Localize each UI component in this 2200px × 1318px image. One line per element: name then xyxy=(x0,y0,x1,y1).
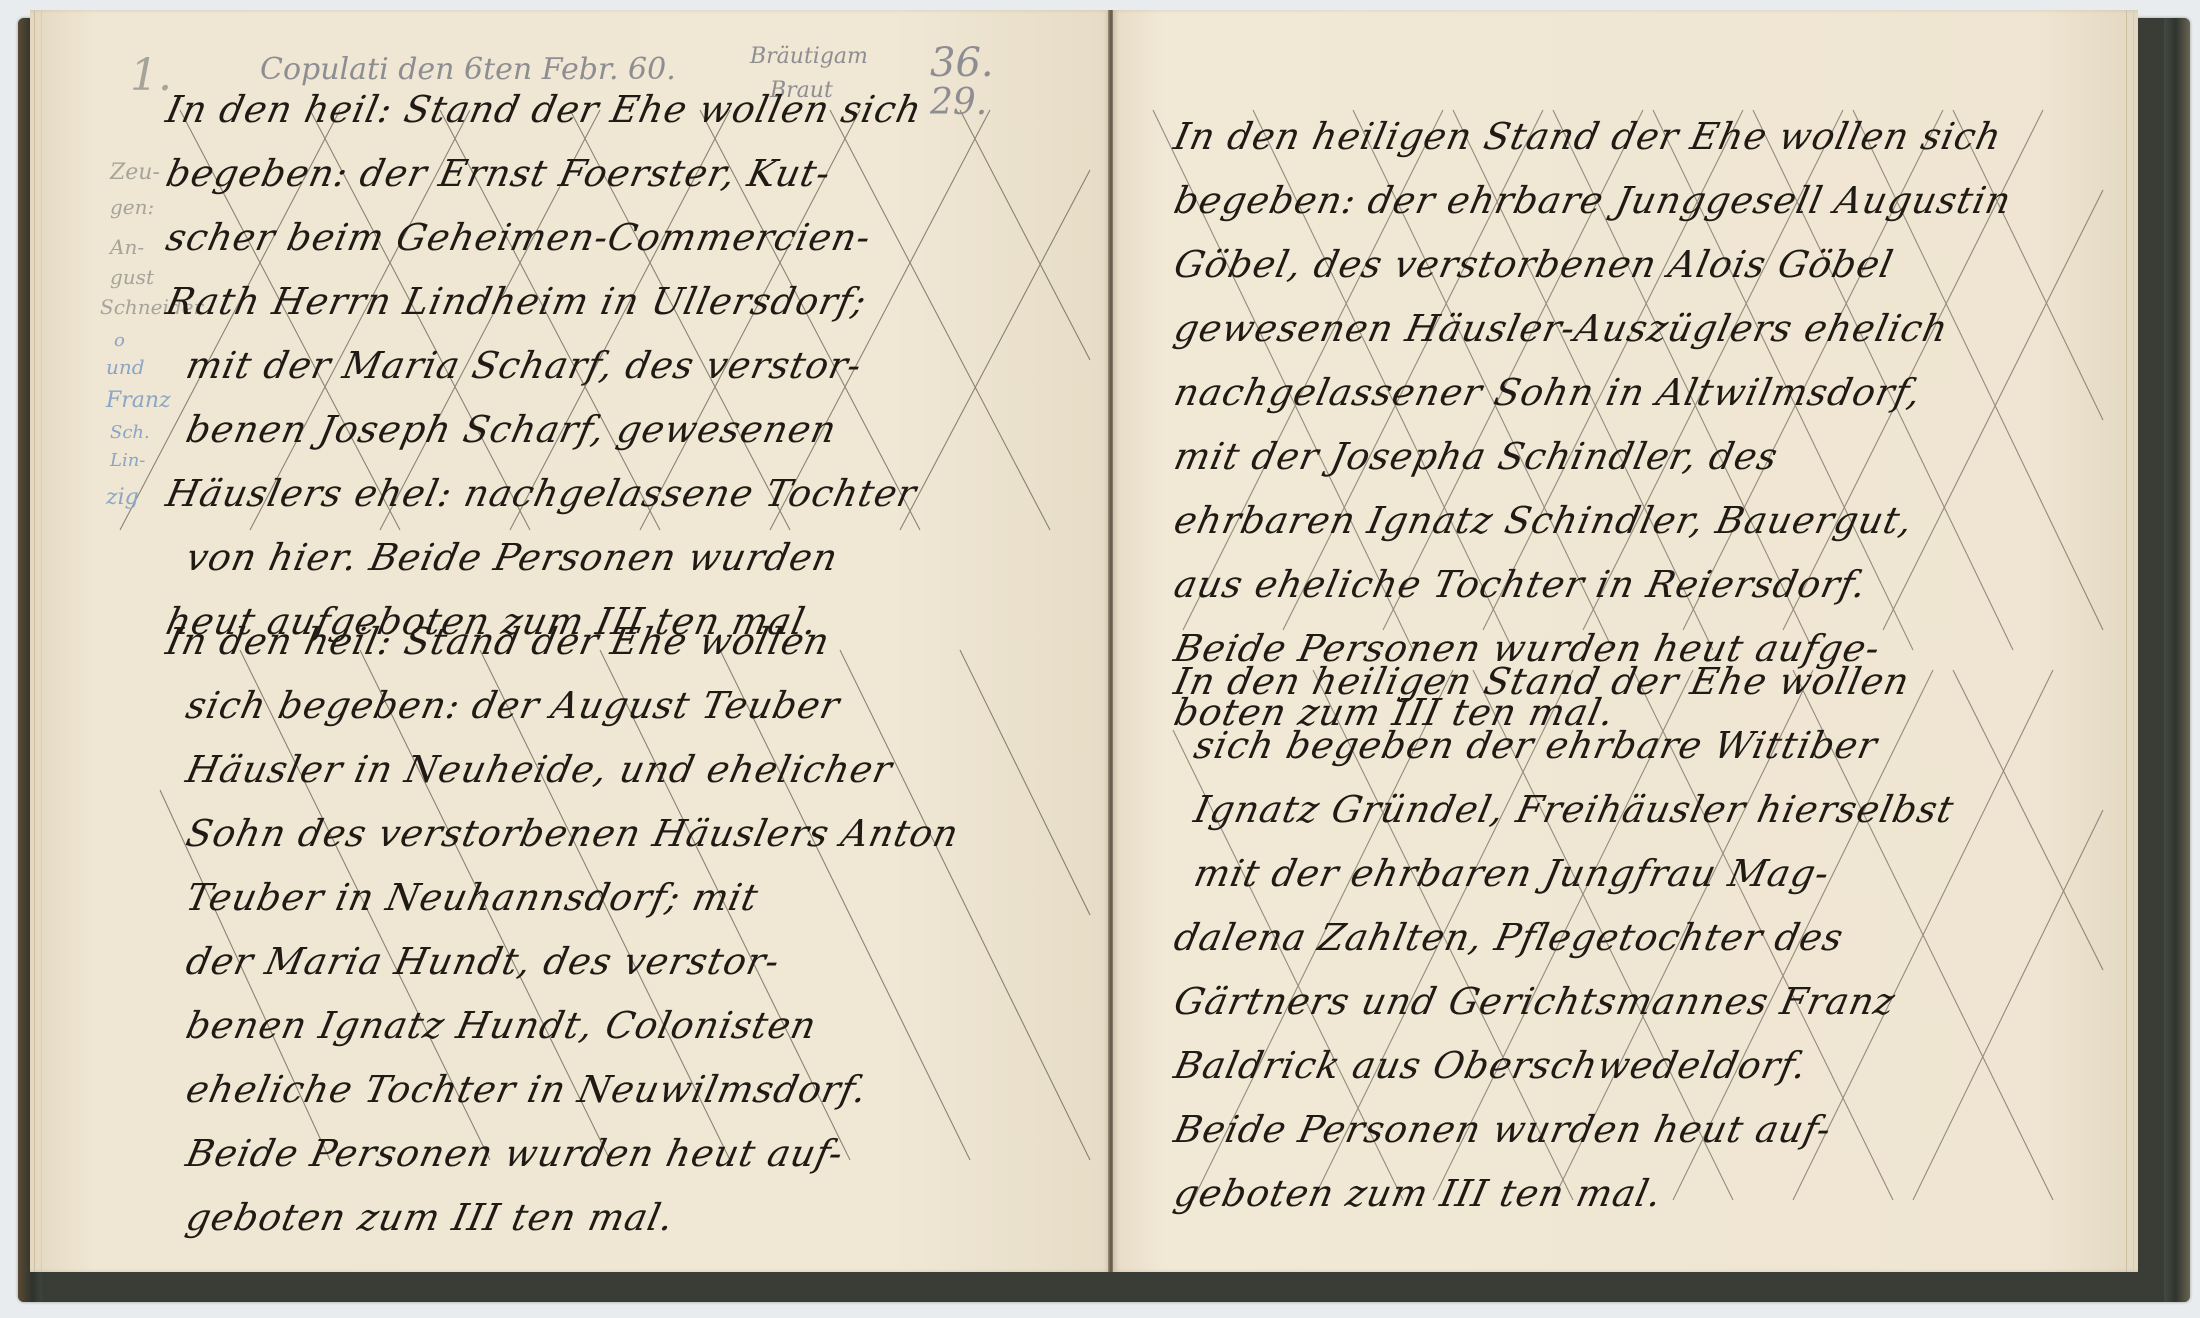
margin-note: gen: xyxy=(110,195,154,219)
margin-note: Lin- xyxy=(110,450,145,471)
entry-line: sich begeben: der August Teuber xyxy=(160,674,965,738)
entry-line: Sohn des verstorbenen Häuslers Anton xyxy=(160,802,965,866)
entry-line: In den heil: Stand der Ehe wollen sich xyxy=(160,78,928,142)
entry-line: Häuslers ehel: nachgelassene Tochter xyxy=(160,462,928,526)
entry-line: ehrbaren Ignatz Schindler, Bauergut, xyxy=(1168,489,2018,553)
entry-line: nachgelassener Sohn in Altwilmsdorf, xyxy=(1168,361,2018,425)
entry-line: begeben: der Ernst Foerster, Kut- xyxy=(160,142,928,206)
entry-line: Teuber in Neuhannsdorf; mit xyxy=(160,866,965,930)
entry-line: Göbel, des verstorbenen Alois Göbel xyxy=(1168,233,2018,297)
entry-line: geboten zum III ten mal. xyxy=(160,1186,965,1250)
entry-line: Beide Personen wurden heut auf- xyxy=(160,1122,965,1186)
groom-age: 36. xyxy=(930,40,994,86)
entry-line: benen Ignatz Hundt, Colonisten xyxy=(160,994,965,1058)
entry-line: scher beim Geheimen-Commercien- xyxy=(160,206,928,270)
left-page: 1. Copulati den 6ten Febr. 60. Bräutigam… xyxy=(30,10,1110,1272)
entry-line: geboten zum III ten mal. xyxy=(1168,1162,1960,1226)
entry-line: eheliche Tochter in Neuwilmsdorf. xyxy=(160,1058,965,1122)
entry-line: Beide Personen wurden heut auf- xyxy=(1168,1098,1960,1162)
entry-line: Rath Herrn Lindheim in Ullersdorf; xyxy=(160,270,928,334)
entry-line: benen Joseph Scharf, gewesenen xyxy=(160,398,928,462)
margin-note: Sch. xyxy=(110,422,150,443)
entry-line: dalena Zahlten, Pflegetochter des xyxy=(1168,906,1960,970)
entry-line: aus eheliche Tochter in Reiersdorf. xyxy=(1168,553,2018,617)
right-page: In den heiligen Stand der Ehe wollen sic… xyxy=(1113,10,2138,1272)
margin-note: Zeu- xyxy=(110,160,160,185)
margin-note: An- xyxy=(110,235,144,259)
entry-line: mit der ehrbaren Jungfrau Mag- xyxy=(1168,842,1960,906)
margin-note: und xyxy=(106,355,145,379)
marriage-entry-4: In den heiligen Stand der Ehe wollen sic… xyxy=(1168,650,1947,1226)
entry-line: sich begeben der ehrbare Wittiber xyxy=(1168,714,1960,778)
entry-line: Baldrick aus Oberschwedeldorf. xyxy=(1168,1034,1960,1098)
entry-line: der Maria Hundt, des verstor- xyxy=(160,930,965,994)
marriage-entry-3: In den heiligen Stand der Ehe wollen sic… xyxy=(1168,105,2004,745)
entry-line: mit der Maria Scharf, des verstor- xyxy=(160,334,928,398)
marriage-entry-2: In den heil: Stand der Ehe wollen sich b… xyxy=(160,610,951,1250)
margin-note: gust xyxy=(110,265,154,289)
groom-label: Bräutigam xyxy=(750,44,868,69)
entry-line: von hier. Beide Personen wurden xyxy=(160,526,928,590)
entry-line: begeben: der ehrbare Junggesell Augustin xyxy=(1168,169,2018,233)
entry-line: mit der Josepha Schindler, des xyxy=(1168,425,2018,489)
margin-note: zig xyxy=(106,485,139,510)
marriage-entry-1: In den heil: Stand der Ehe wollen sich b… xyxy=(160,78,915,654)
entry-line: gewesenen Häusler-Auszüglers ehelich xyxy=(1168,297,2018,361)
entry-line: In den heil: Stand der Ehe wollen xyxy=(160,610,965,674)
margin-note: o xyxy=(114,330,125,351)
entry-line: Gärtners und Gerichtsmannes Franz xyxy=(1168,970,1960,1034)
entry-line: In den heiligen Stand der Ehe wollen xyxy=(1168,650,1960,714)
bride-age: 29. xyxy=(930,82,987,123)
entry-line: Häusler in Neuheide, und ehelicher xyxy=(160,738,965,802)
entry-line: In den heiligen Stand der Ehe wollen sic… xyxy=(1168,105,2018,169)
entry-line: Ignatz Gründel, Freihäusler hierselbst xyxy=(1168,778,1960,842)
